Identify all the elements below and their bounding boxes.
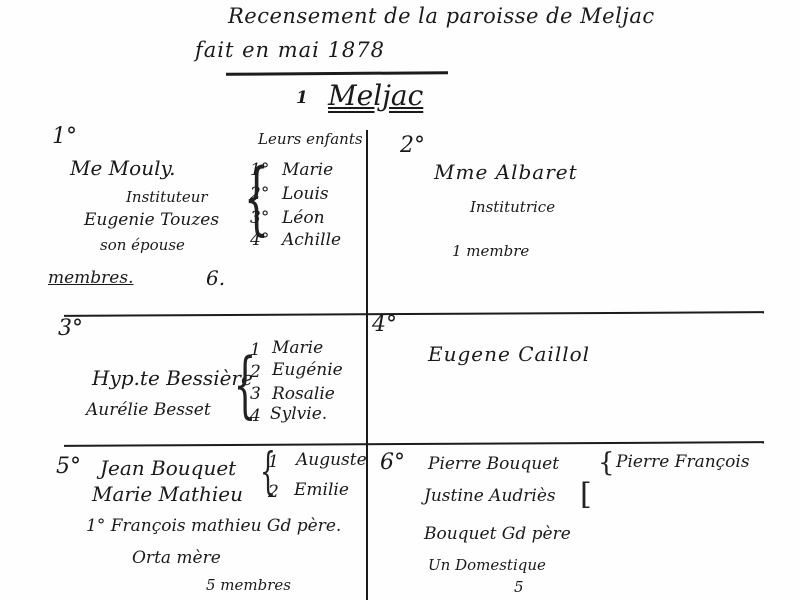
household-1-child-4-num: 4° (250, 232, 269, 249)
household-6-head: Pierre Bouquet (428, 456, 559, 473)
household-6-extra-2: Un Domestique (428, 558, 546, 573)
household-3-child-3-name: Rosalie (272, 386, 335, 403)
household-1-number: 1° (52, 126, 77, 148)
household-6-extra-1: Bouquet Gd père (424, 526, 571, 543)
household-6-members-count: 5 (514, 580, 524, 595)
row-divider-1 (64, 311, 764, 317)
household-3-child-4-name: Sylvie. (270, 406, 327, 423)
household-5-head: Jean Bouquet (100, 458, 236, 478)
census-page: Recensement de la paroisse de Meljac fai… (0, 0, 800, 600)
household-6-number: 6° (380, 452, 405, 474)
household-1-children-header: Leurs enfants (258, 132, 363, 147)
household-5-extra-2: Orta mère (132, 550, 221, 567)
household-3-child-4-num: 4 (250, 408, 261, 425)
household-4-head: Eugene Caillol (428, 344, 590, 364)
section-number: 1 (296, 90, 308, 107)
household-5-extra-1: 1° François mathieu Gd père. (86, 518, 341, 535)
household-5-child-1-num: 1 (268, 454, 279, 471)
household-1-child-1-name: Marie (282, 162, 333, 179)
household-1-spouse: Eugenie Touzes (84, 212, 219, 229)
household-6-brace: { (598, 450, 615, 476)
title-line-2: fait en mai 1878 (195, 40, 385, 61)
household-2-head: Mme Albaret (434, 162, 578, 182)
household-3-child-1-name: Marie (272, 340, 323, 357)
household-4-number: 4° (372, 314, 397, 336)
household-2-number: 2° (400, 135, 425, 157)
household-6-spouse: Justine Audriès (424, 488, 556, 505)
household-2-members: 1 membre (452, 244, 529, 259)
household-5-spouse: Marie Mathieu (92, 484, 243, 504)
household-6-children: Pierre François (616, 454, 750, 471)
section-name: Meljac (328, 82, 423, 110)
title-underline (226, 71, 448, 76)
household-6-brace-2: [ (580, 480, 592, 510)
household-1-child-2-num: 2° (250, 186, 269, 203)
household-1-head-role: Instituteur (126, 190, 208, 205)
household-3-child-2-num: 2 (250, 364, 261, 381)
title-line-1: Recensement de la paroisse de Meljac (228, 6, 655, 27)
household-3-head: Hyp.te Bessière (92, 368, 253, 388)
household-1-child-1-num: 1° (250, 162, 269, 179)
household-1-child-2-name: Louis (282, 186, 329, 203)
column-divider (366, 130, 368, 600)
household-1-head: Me Mouly. (70, 158, 175, 178)
household-5-child-2-num: 2 (268, 484, 279, 501)
household-5-child-1-name: Auguste (296, 452, 367, 469)
household-2-head-role: Institutrice (470, 200, 555, 215)
household-1-child-3-num: 3° (250, 210, 269, 227)
household-5-number: 5° (56, 456, 81, 478)
household-5-members: 5 membres (206, 578, 291, 593)
row-divider-2 (64, 441, 764, 447)
household-1-members-count: 6. (206, 268, 225, 288)
household-3-child-2-name: Eugénie (272, 362, 343, 379)
household-3-child-3-num: 3 (250, 386, 261, 403)
household-1-spouse-role: son épouse (100, 238, 185, 253)
household-1-members-label: membres. (48, 270, 134, 287)
household-3-child-1-num: 1 (250, 342, 261, 359)
household-3-spouse: Aurélie Besset (86, 402, 211, 419)
household-1-child-3-name: Léon (282, 210, 325, 227)
household-5-child-2-name: Emilie (294, 482, 349, 499)
household-3-number: 3° (58, 318, 83, 340)
household-1-child-4-name: Achille (282, 232, 341, 249)
